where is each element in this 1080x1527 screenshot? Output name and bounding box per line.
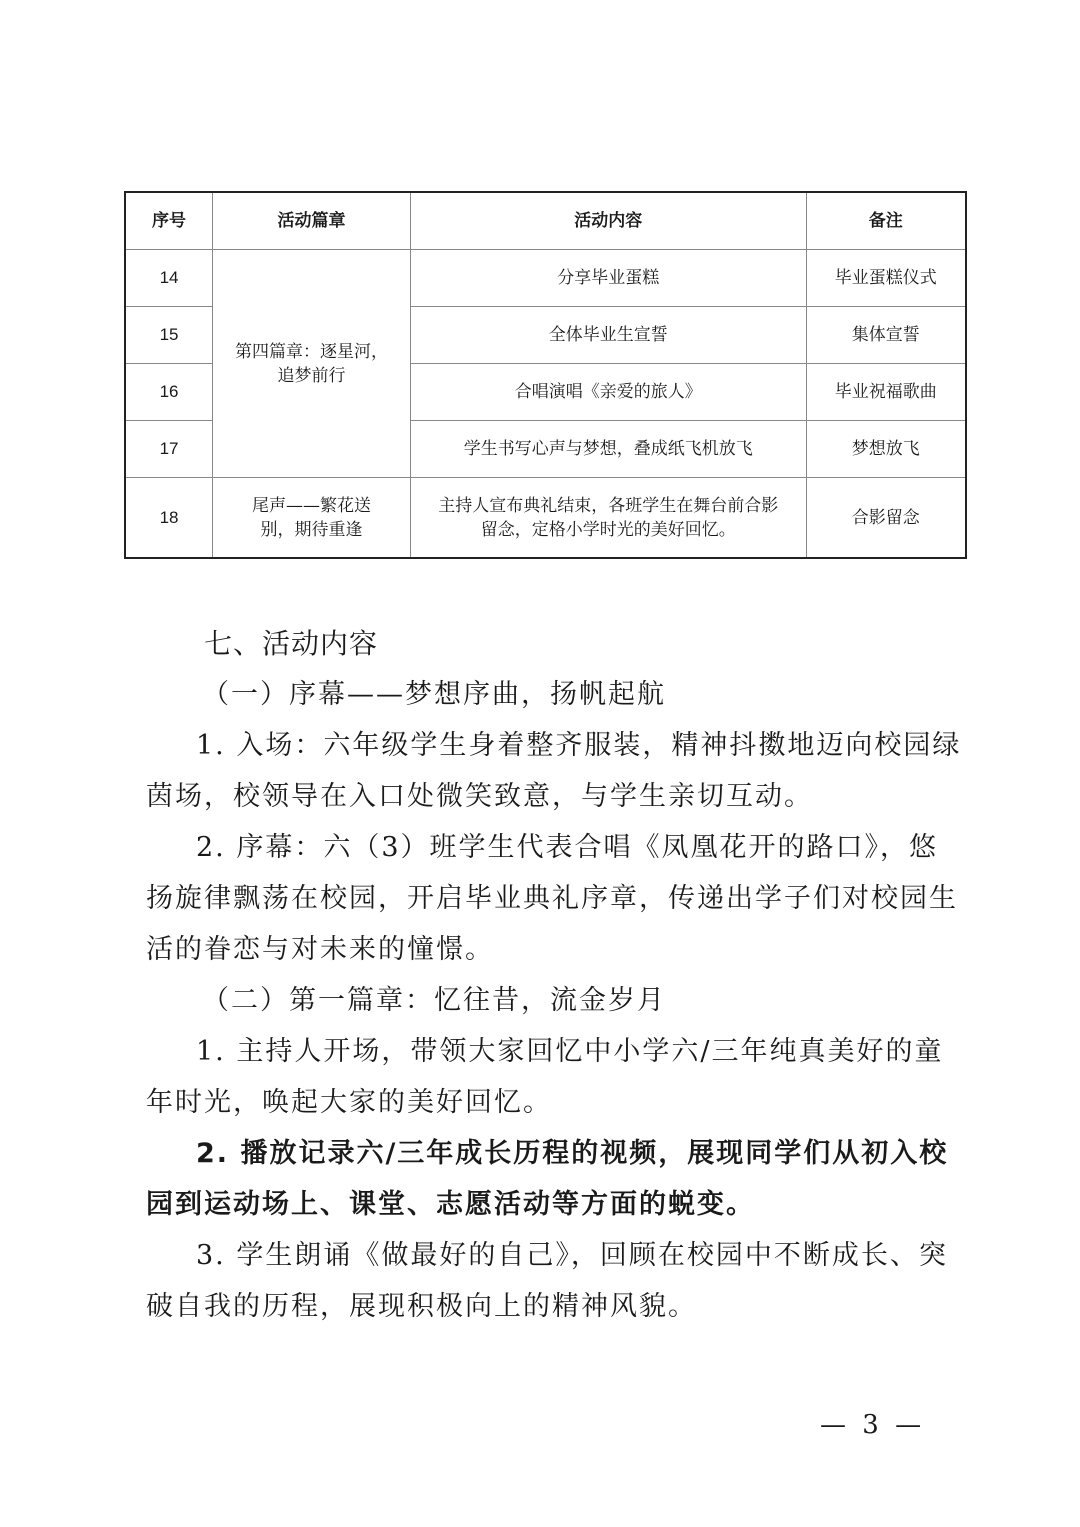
paragraph-line: 破自我的历程，展现积极向上的精神风貌。	[146, 1281, 946, 1332]
row-note: 集体宣誓	[806, 307, 966, 364]
row-content: 合唱演唱《亲爱的旅人》	[410, 364, 806, 421]
header-seq: 序号	[125, 192, 213, 250]
section-heading: 七、活动内容	[146, 618, 946, 669]
paragraph-line: 茵场，校领导在入口处微笑致意，与学生亲切互动。	[146, 771, 946, 822]
row-num: 18	[125, 478, 213, 559]
paragraph-line: 1. 主持人开场，带领大家回忆中小学六/三年纯真美好的童	[146, 1026, 946, 1077]
document-page: 序号 活动篇章 活动内容 备注 14 第四篇章：逐星河，追梦前行 分享毕业蛋糕 …	[0, 0, 1080, 1527]
chapter-text: 尾声——繁花送别，期待重逢	[241, 494, 381, 542]
row-note: 合影留念	[806, 478, 966, 559]
row-note: 毕业蛋糕仪式	[806, 250, 966, 307]
row-num: 17	[125, 421, 213, 478]
row-content: 主持人宣布典礼结束，各班学生在舞台前合影留念，定格小学时光的美好回忆。	[410, 478, 806, 559]
header-chapter: 活动篇章	[213, 192, 411, 250]
row-num: 15	[125, 307, 213, 364]
page-number: — 3 —	[820, 1410, 925, 1440]
row-content: 分享毕业蛋糕	[410, 250, 806, 307]
paragraph-line-bold: 2. 播放记录六/三年成长历程的视频，展现同学们从初入校	[146, 1128, 946, 1179]
table-row: 18 尾声——繁花送别，期待重逢 主持人宣布典礼结束，各班学生在舞台前合影留念，…	[125, 478, 966, 559]
row-num: 14	[125, 250, 213, 307]
paragraph-line: 1. 入场：六年级学生身着整齐服装，精神抖擞地迈向校园绿	[146, 720, 946, 771]
paragraph-line: 3. 学生朗诵《做最好的自己》，回顾在校园中不断成长、突	[146, 1230, 946, 1281]
row-note: 梦想放飞	[806, 421, 966, 478]
schedule-table: 序号 活动篇章 活动内容 备注 14 第四篇章：逐星河，追梦前行 分享毕业蛋糕 …	[124, 191, 967, 559]
table-header-row: 序号 活动篇章 活动内容 备注	[125, 192, 966, 250]
content-text: 主持人宣布典礼结束，各班学生在舞台前合影留念，定格小学时光的美好回忆。	[438, 494, 778, 542]
subheading: （一）序幕——梦想序曲，扬帆起航	[146, 669, 946, 720]
chapter-text: 第四篇章：逐星河，追梦前行	[231, 340, 391, 388]
row-content: 全体毕业生宣誓	[410, 307, 806, 364]
row-num: 16	[125, 364, 213, 421]
paragraph-line: 2. 序幕：六（3）班学生代表合唱《凤凰花开的路口》，悠	[146, 822, 946, 873]
paragraph-line: 扬旋律飘荡在校园，开启毕业典礼序章，传递出学子们对校园生	[146, 873, 946, 924]
table-row: 14 第四篇章：逐星河，追梦前行 分享毕业蛋糕 毕业蛋糕仪式	[125, 250, 966, 307]
subheading: （二）第一篇章：忆往昔，流金岁月	[146, 975, 946, 1026]
header-note: 备注	[806, 192, 966, 250]
section-body: 七、活动内容 （一）序幕——梦想序曲，扬帆起航 1. 入场：六年级学生身着整齐服…	[146, 618, 946, 1332]
paragraph-line: 活的眷恋与对未来的憧憬。	[146, 924, 946, 975]
paragraph-line-bold: 园到运动场上、课堂、志愿活动等方面的蜕变。	[146, 1179, 946, 1230]
header-content: 活动内容	[410, 192, 806, 250]
row-note: 毕业祝福歌曲	[806, 364, 966, 421]
row-content: 学生书写心声与梦想，叠成纸飞机放飞	[410, 421, 806, 478]
chapter-cell: 第四篇章：逐星河，追梦前行	[213, 250, 411, 478]
row-chapter: 尾声——繁花送别，期待重逢	[213, 478, 411, 559]
paragraph-line: 年时光，唤起大家的美好回忆。	[146, 1077, 946, 1128]
